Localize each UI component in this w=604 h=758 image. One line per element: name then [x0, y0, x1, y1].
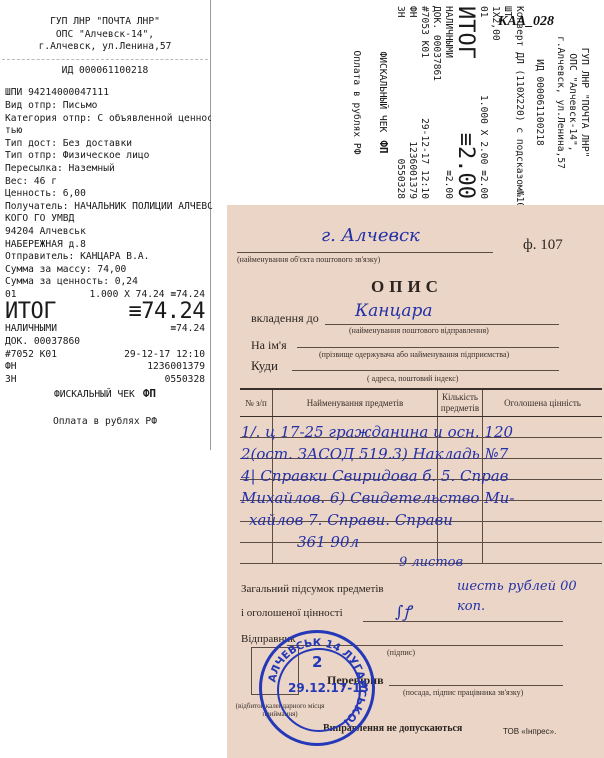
publisher: ТОВ «Інпрес».	[503, 727, 556, 736]
office-address: г.Алчевск, ул.Ленина,57	[0, 41, 210, 54]
attachment-label: вкладення до	[251, 311, 319, 326]
inventory-form-107: г. Алчевск (найменування об'єкта поштово…	[227, 205, 604, 758]
item-code: 01	[476, 6, 488, 18]
recipient-cont: КОГО ГО УМВД	[0, 213, 210, 226]
fp-mark: ФП	[143, 387, 156, 400]
receipt-id: ИД 000061100218	[0, 65, 210, 78]
cash-label: НАЛИЧНЫМИ	[5, 323, 57, 336]
col-quantity: Кількість предметів	[438, 389, 483, 417]
signature-caption: (підпис)	[387, 648, 415, 657]
col-item-name: Найменування предметів	[273, 389, 438, 417]
total-value: ≡74.24	[129, 301, 205, 323]
checked-caption: (посада, підпис працівника зв'язку)	[403, 688, 523, 697]
total-label-1: Загальний підсумок предметів	[241, 583, 384, 595]
org-name: ГУП ЛНР "ПОЧТА ЛНР"	[578, 0, 590, 205]
payment-note: Оплата в рублях РФ	[0, 416, 210, 429]
attachment-handwritten: Канцара	[355, 301, 433, 321]
stamp-date: 29.12.17-13	[288, 681, 369, 695]
cash-value: ≡2.00	[442, 170, 454, 199]
doc-number: ДОК. 00037861	[430, 0, 442, 205]
handwritten-line-3: 4| Справки Свиридова б. 5. Справ	[241, 467, 508, 485]
doc-number: ДОК. 00037860	[0, 336, 210, 349]
total-label-2: і оголошеної цінності	[241, 607, 343, 619]
office-name: ОПС "Алчевск-14",	[566, 0, 578, 205]
weight-fee: Сумма за массу: 74,00	[0, 264, 210, 277]
fp-mark: ФП	[377, 140, 390, 153]
item-category-cont: тью	[0, 125, 210, 138]
form-title: ОПИС	[371, 277, 443, 297]
sender-type: Тип отпр: Физическое лицо	[0, 150, 210, 163]
register-id: #7052 К01	[5, 349, 57, 362]
office-line	[237, 252, 493, 253]
zn-value: 0550328	[393, 159, 405, 199]
sender: Отправитель: КАНЦАРА В.А.	[0, 251, 210, 264]
attachment-line	[325, 324, 559, 325]
addressee-line	[297, 347, 559, 348]
zn-label: ЗН	[393, 6, 405, 18]
handwritten-line-2: 2(ост. ЗАСОД 519.3) Накладь №7	[241, 445, 508, 463]
cash-label: НАЛИЧНЫМИ	[442, 6, 454, 58]
fiscal-label: ФИСКАЛЬНЫЙ ЧЕК	[54, 389, 135, 400]
destination-caption: ( адреса, поштовий індекс)	[367, 374, 458, 383]
total-items-handwritten: 9 листов	[399, 555, 463, 570]
register-id: #7053 К01	[418, 6, 430, 58]
addressee-caption: (прізвище одержувача або найменування пі…	[319, 350, 509, 359]
col-declared-value: Оголошена цінність	[483, 389, 603, 417]
recipient-street: НАБЕРЕЖНАЯ д.8	[0, 239, 210, 252]
fiscal-line: ФИСКАЛЬНЫЙ ЧЕКФП	[376, 0, 389, 205]
handwritten-line-6: 361 90л	[297, 533, 359, 551]
fn-label: ФН	[406, 6, 418, 18]
datetime: 29-12-17 12:10	[124, 349, 205, 362]
checked-line	[389, 685, 563, 686]
zn-line: ЗН 0550328	[393, 0, 405, 205]
zn-label: ЗН	[5, 374, 17, 387]
fn-value: 1236001379	[406, 141, 418, 199]
total-value-handwritten: шесть рублей 00 коп.	[457, 577, 597, 617]
cash-line: НАЛИЧНЫМИ ≡2.00	[442, 0, 454, 205]
office-name: ОПС "Алчевск-14",	[0, 29, 210, 42]
postmark-stamp: АЛЧЕВСЬК 14 ЛУГАНСЬКОЇ 2 29.12.17-13	[259, 630, 375, 746]
fiscal-label: ФИСКАЛЬНЫЙ ЧЕК	[377, 51, 388, 132]
document-label: KAA_028	[498, 14, 554, 30]
recipient-city: 94204 Алчевськ	[0, 226, 210, 239]
tracking-number: ШПИ 94214000047111	[0, 87, 210, 100]
cash-line: НАЛИЧНЫМИ ≡74.24	[0, 323, 210, 336]
fn-line: ФН 1236001379	[0, 361, 210, 374]
register-line: #7053 К01 29-12-17 12:10	[418, 0, 430, 205]
office-caption: (найменування об'єкта поштового зв'язку)	[237, 255, 380, 264]
fn-value: 1236001379	[147, 361, 205, 374]
qty-label: ШТ	[501, 0, 513, 205]
total-line: ИТОГ ≡2.00	[454, 0, 476, 205]
weight: Вес: 46 г	[0, 176, 210, 189]
item-calc: 1.000 X 2.00 ≡2.00	[476, 95, 488, 199]
handwritten-line-4: Михайлов. 6) Свидетельство Ми-	[241, 489, 514, 507]
handwritten-line-1: 1/. ц 17-25 гражданина и осн. 120	[241, 423, 513, 441]
item-type: Вид отпр: Письмо	[0, 100, 210, 113]
office-address: г.Алчевск, ул.Ленина,57	[553, 0, 565, 205]
divider	[2, 59, 208, 60]
total-value: ≡2.00	[454, 133, 476, 199]
cash-value: ≡74.24	[170, 323, 205, 336]
addressee-label: На ім'я	[251, 338, 287, 353]
receipt-header: ГУП ЛНР "ПОЧТА ЛНР" ОПС "Алчевск-14", г.…	[0, 16, 210, 54]
fn-label: ФН	[5, 361, 17, 374]
office-handwritten: г. Алчевск	[321, 225, 420, 246]
recipient: Получатель: НАЧАЛЬНИК ПОЛИЦИИ АЛЧЕВС	[0, 201, 210, 214]
total-label: ИТОГ	[5, 301, 56, 323]
declared-value: Ценность: 6,00	[0, 188, 210, 201]
receipt-envelope: ГУП ЛНР "ПОЧТА ЛНР" ОПС "Алчевск-14", г.…	[211, 0, 604, 205]
total-label: ИТОГ	[454, 6, 476, 59]
org-name: ГУП ЛНР "ПОЧТА ЛНР"	[0, 16, 210, 29]
register-line: #7052 К01 29-12-17 12:10	[0, 349, 210, 362]
total-line	[363, 621, 563, 622]
destination-line	[292, 370, 559, 371]
qty-calc: 1Х2,00	[489, 0, 501, 205]
datetime: 29-12-17 12:10	[418, 118, 430, 199]
zn-value: 0550328	[165, 374, 205, 387]
fn-line: ФН 1236001379	[406, 0, 418, 205]
value-fee: Сумма за ценность: 0,24	[0, 276, 210, 289]
stamp-number: 2	[312, 653, 322, 671]
item-category: Категория отпр: С объявленной ценнос	[0, 113, 210, 126]
item-line: 01 1.000 X 2.00 ≡2.00	[476, 0, 488, 205]
transport-type: Пересылка: Наземный	[0, 163, 210, 176]
handwritten-line-5: хайлов 7. Справи. Справи	[249, 511, 453, 529]
receipt-registered-letter: ГУП ЛНР "ПОЧТА ЛНР" ОПС "Алчевск-14", г.…	[0, 0, 211, 450]
zn-line: ЗН 0550328	[0, 374, 210, 387]
attachment-caption: (найменування поштового відправлення)	[349, 326, 489, 335]
item-name: Конверт ДЛ (110Х220) с подсказом№100	[513, 0, 525, 205]
receipt-envelope-rotated: ГУП ЛНР "ПОЧТА ЛНР" ОПС "Алчевск-14", г.…	[211, 0, 604, 205]
fiscal-line: ФИСКАЛЬНЫЙ ЧЕКФП	[0, 388, 210, 402]
receipt-id: ИД 000061100218	[533, 0, 545, 205]
col-number: № з/п	[240, 389, 273, 417]
destination-label: Куди	[251, 358, 278, 374]
payment-note: Оплата в рублях РФ	[350, 0, 362, 205]
signature-scribble: ∫ꝭ	[395, 600, 411, 622]
delivery-type: Тип дост: Без доставки	[0, 138, 210, 151]
total-line: ИТОГ ≡74.24	[0, 301, 210, 323]
form-number: ф. 107	[523, 237, 563, 254]
